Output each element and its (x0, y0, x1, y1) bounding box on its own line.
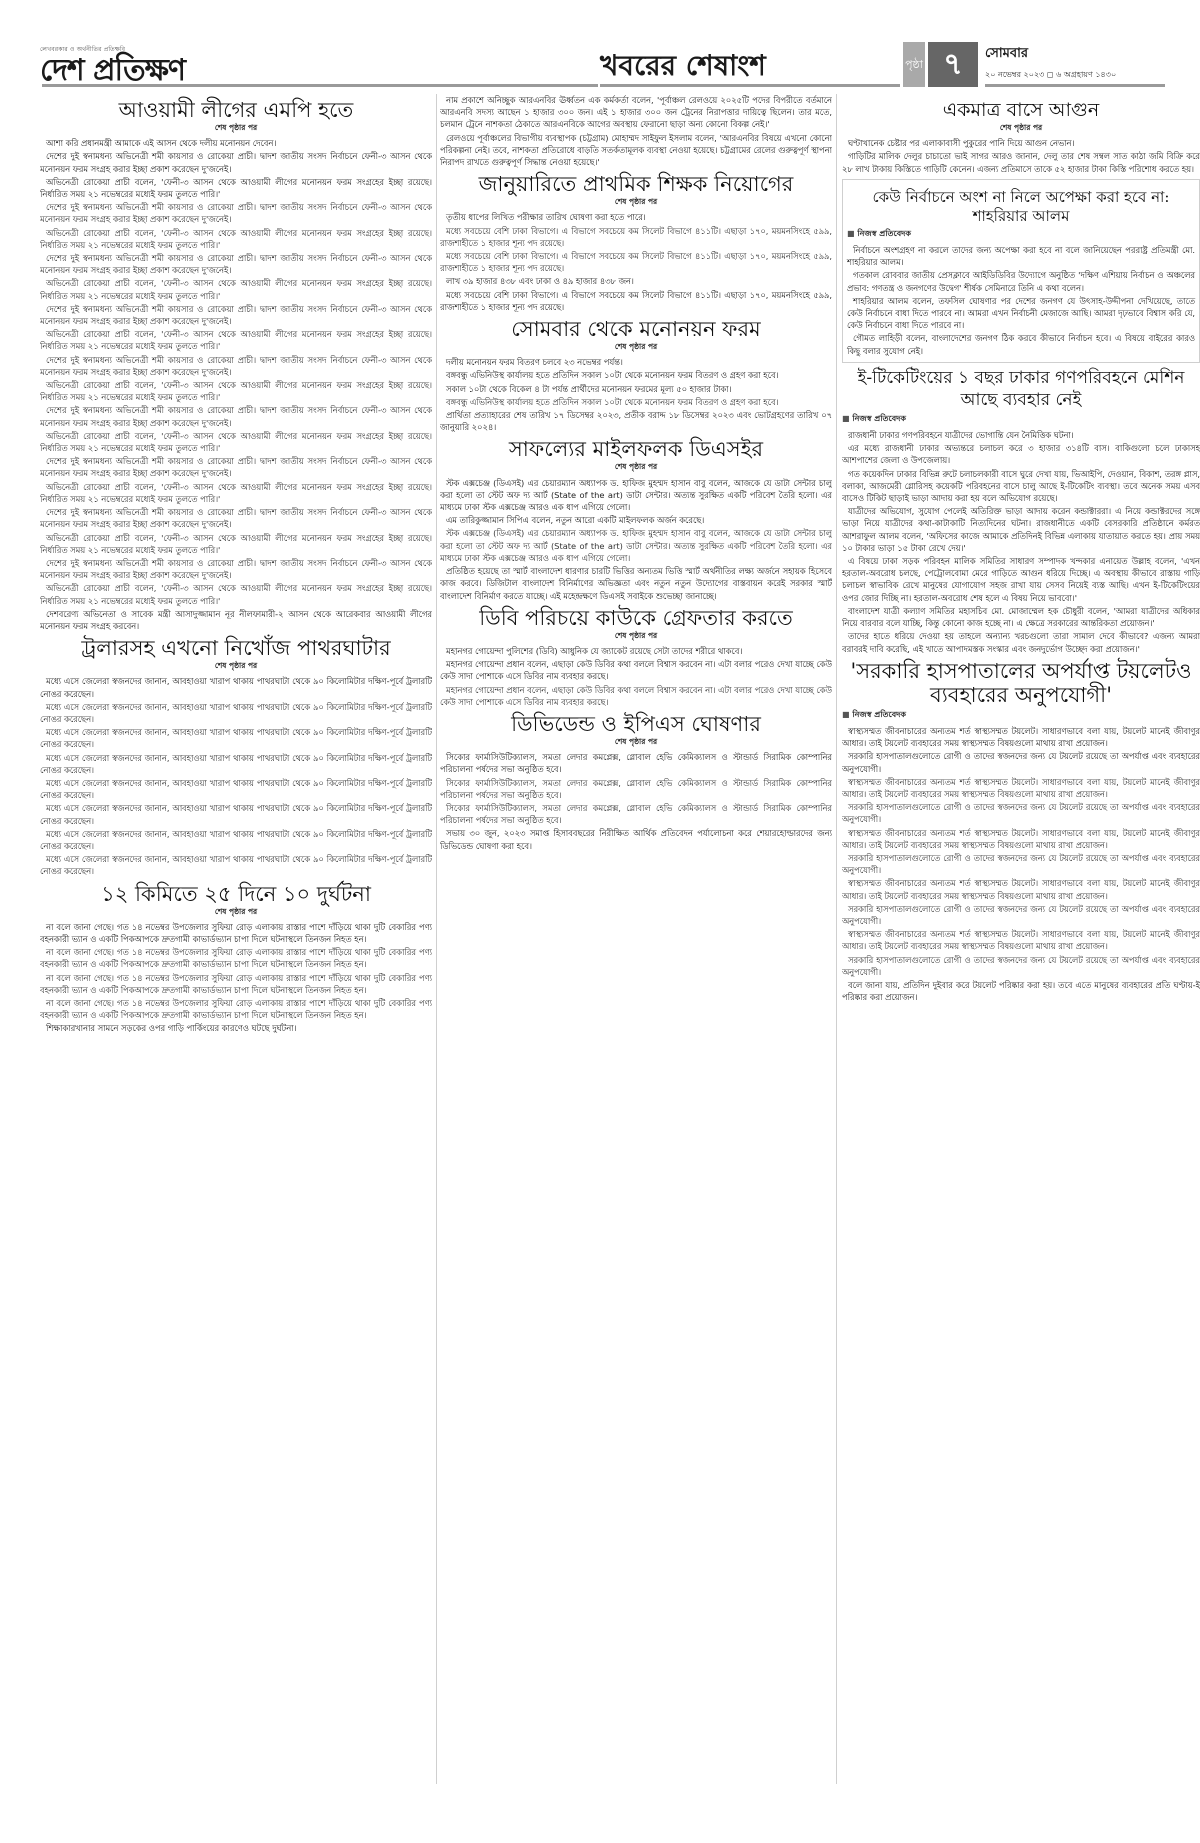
paragraph: অভিনেত্রী রোকেয়া প্রাচী বলেন, 'ফেনী-৩ আ… (40, 277, 432, 301)
headline: ডিবি পরিচয়ে কাউকে গ্রেফতার করতে (440, 606, 832, 630)
paragraph: মহানগর গোয়েন্দা পুলিশের (ডিবি) আধুনিক য… (440, 645, 832, 657)
paragraph: স্বাস্থ্যসম্মত জীবনাচারের অন্যতম শর্ত স্… (842, 928, 1200, 952)
paragraph: সরকারি হাসপাতালগুলোতে রোগী ও তাদের স্বজন… (842, 750, 1200, 774)
article-dividend: ডিভিডেন্ড ও ইপিএস ঘোষণার শেষ পৃষ্ঠার পর … (440, 712, 832, 852)
headline: সাফল্যের মাইলফলক ডিএসইর (440, 437, 832, 461)
headline: কেউ নির্বাচনে অংশ না নিলে অপেক্ষা করা হব… (847, 188, 1195, 226)
paragraph: সিকোর ফার্মাসিউটিক্যালস, সমতা লেদার কমপ্… (440, 751, 832, 775)
headline: ই-টিকেটিংয়ের ১ বছর ঢাকার গণপরিবহনে মেশি… (842, 367, 1200, 411)
paragraph: দেশের দুই স্বনামধন্য অভিনেত্রী শমী কায়স… (40, 150, 432, 174)
paragraph: স্টক এক্সচেঞ্জ (ডিএসই) এর চেয়ারম্যান অধ… (440, 527, 832, 564)
paragraph: রাজধানী ঢাকার গণপরিবহনে যাত্রীদের ভোগান্… (842, 429, 1200, 441)
paragraph: দেশের দুই স্বনামধন্য অভিনেত্রী শমী কায়স… (40, 201, 432, 225)
paragraph: মধ্যে এসে জেলেরা স্বজনদের জানান, আবহাওয়… (40, 777, 432, 801)
article-shahriar: কেউ নির্বাচনে অংশ না নিলে অপেক্ষা করা হব… (842, 179, 1200, 363)
paragraph: শিক্ষাকারখানার সামনে সড়কের ওপর গাড়ি পা… (40, 1022, 432, 1034)
left-column: আওয়ামী লীগের এমপি হতে শেষ পৃষ্ঠার পর আশ… (40, 94, 432, 1784)
paragraph: দেশের দুই স্বনামধন্য অভিনেত্রী শমী কায়স… (40, 557, 432, 581)
paragraph: অভিনেত্রী রোকেয়া প্রাচী বলেন, 'ফেনী-৩ আ… (40, 430, 432, 454)
continued-label: শেষ পৃষ্ঠার পর (40, 122, 432, 134)
article-bus-fire: একমাত্র বাসে আগুন শেষ পৃষ্ঠার পর ঘণ্টাখা… (842, 98, 1200, 175)
headline: ১২ কিমিতে ২৫ দিনে ১০ দুর্ঘটনা (40, 882, 432, 906)
article-trawler: ট্রলারসহ এখনো নিখোঁজ পাথরঘাটার শেষ পৃষ্ঠ… (40, 636, 432, 877)
paragraph: সভায় ৩০ জুন, ২০২৩ সমাপ্ত হিসাববছরের নির… (440, 827, 832, 851)
paragraph: মধ্যে এসে জেলেরা স্বজনদের জানান, আবহাওয়… (40, 701, 432, 725)
paragraph: নাম প্রকাশে অনিচ্ছুক আরএনবির ঊর্ধ্বতন এক… (440, 94, 832, 131)
paragraph: বলে জানা যায়, প্রতিদিন দুইবার করে টয়লে… (842, 979, 1200, 1003)
paragraph: স্বাস্থ্যসম্মত জীবনাচারের অন্যতম শর্ত স্… (842, 776, 1200, 800)
article-eticket: ই-টিকেটিংয়ের ১ বছর ঢাকার গণপরিবহনে মেশি… (842, 367, 1200, 655)
headline: সোমবার থেকে মনোনয়ন ফরম (440, 317, 832, 341)
paragraph: স্বাস্থ্যসম্মত জীবনাচারের অন্যতম শর্ত স্… (842, 725, 1200, 749)
paragraph: মহানগর গোয়েন্দা প্রধান বলেন, এছাড়া কেউ… (440, 684, 832, 708)
paragraph: মধ্যে সবচেয়ে বেশি ঢাকা বিভাগে। এ বিভাগে… (440, 289, 832, 313)
paragraph: না বলে জানা গেছে। গত ১৪ নভেম্বর উপজেলার … (40, 972, 432, 996)
article-nomination: সোমবার থেকে মনোনয়ন ফরম শেষ পৃষ্ঠার পর দ… (440, 317, 832, 433)
headline: একমাত্র বাসে আগুন (842, 98, 1200, 122)
paragraph: গত কয়েকদিন ঢাকার বিভিন্ন রুটে চলাচলকারী… (842, 468, 1200, 505)
paragraph: দেশের দুই স্বনামধন্য অভিনেত্রী শমী কায়স… (40, 404, 432, 428)
paragraph: সিকোর ফার্মাসিউটিক্যালস, সমতা লেদার কমপ্… (440, 777, 832, 801)
paragraph: দেশের দুই স্বনামধন্য অভিনেত্রী শমী কায়স… (40, 303, 432, 327)
paragraph: মধ্যে সবচেয়ে বেশি ঢাকা বিভাগে। এ বিভাগে… (440, 225, 832, 249)
paragraph: শাহরিয়ার আলম বলেন, তফসিল ঘোষণার পর দেশে… (847, 295, 1195, 332)
paragraph: তাদের হাতে ধরিয়ে দেওয়া হয় তাহলে অন্যা… (842, 630, 1200, 654)
paragraph: অভিনেত্রী রোকেয়া প্রাচী বলেন, 'ফেনী-৩ আ… (40, 532, 432, 556)
paragraph: মধ্যে এসে জেলেরা স্বজনদের জানান, আবহাওয়… (40, 726, 432, 750)
paragraph: অভিনেত্রী রোকেয়া প্রাচী বলেন, 'ফেনী-৩ আ… (40, 227, 432, 251)
article-dse: সাফল্যের মাইলফলক ডিএসইর শেষ পৃষ্ঠার পর স… (440, 437, 832, 601)
paragraph: দলীয় মনোনয়ন ফরম বিতরণ চলবে ২৩ নভেম্বর … (440, 356, 832, 368)
paragraph: না বলে জানা গেছে। গত ১৪ নভেম্বর উপজেলার … (40, 997, 432, 1021)
headline: ডিভিডেন্ড ও ইপিএস ঘোষণার (440, 712, 832, 736)
continued-label: শেষ পৃষ্ঠার পর (842, 122, 1200, 134)
paragraph: মধ্যে এসে জেলেরা স্বজনদের জানান, আবহাওয়… (40, 853, 432, 877)
section-rule (600, 84, 900, 87)
paragraph: ঘণ্টাখানেক চেষ্টার পর এলাকাবাসী পুকুরের … (842, 137, 1200, 149)
headline: ট্রলারসহ এখনো নিখোঁজ পাথরঘাটার (40, 636, 432, 660)
newspaper-logo: দেশ প্রতিক্ষণ (40, 55, 185, 87)
paragraph: স্বাস্থ্যসম্মত জীবনাচারের অন্যতম শর্ত স্… (842, 877, 1200, 901)
masthead: লেখবরকার ও অর্থনীতির প্রতিক্ষবি দেশ প্রত… (40, 44, 185, 87)
paragraph: সরকারি হাসপাতালগুলোতে রোগী ও তাদের স্বজন… (842, 903, 1200, 927)
paragraph: অভিনেত্রী রোকেয়া প্রাচী বলেন, 'ফেনী-৩ আ… (40, 176, 432, 200)
paragraph: যাত্রীদের অভিযোগ, সুযোগ পেলেই অতিরিক্ত ভ… (842, 505, 1200, 554)
paragraph: বঙ্গবন্ধু এভিনিউস্থ কার্যালয় হতে প্রতিদ… (440, 396, 832, 408)
article-awami-mp: আওয়ামী লীগের এমপি হতে শেষ পৃষ্ঠার পর আশ… (40, 98, 432, 632)
paragraph: এর মধ্যে রাজধানী ঢাকার অভ্যন্তরে চলাচল ক… (842, 442, 1200, 466)
paragraph: না বলে জানা গেছে। গত ১৪ নভেম্বর উপজেলার … (40, 921, 432, 945)
paragraph: রেলওয়ে পূর্বাঞ্চলের বিভাগীয় ব্যবস্থাপক… (440, 132, 832, 169)
continued-label: শেষ পৃষ্ঠার পর (440, 736, 832, 748)
paragraph: দেশবরেণ্য অভিনেতা ও সাবেক মন্ত্রী আসাদুজ… (40, 608, 432, 632)
date-block: সোমবার ২০ নভেম্বর ২০২৩ ◻ ৬ অগ্রহায়ণ ১৪৩… (985, 44, 1116, 82)
paragraph: মধ্যে এসে জেলেরা স্বজনদের জানান, আবহাওয়… (40, 802, 432, 826)
paragraph: বাংলাদেশ যাত্রী কল্যাণ সমিতির মহাসচিব মো… (842, 605, 1200, 629)
paragraph: সরকারি হাসপাতালগুলোতে রোগী ও তাদের স্বজন… (842, 852, 1200, 876)
paragraph: এম তারিকুজ্জামান সিপিএ বলেন, নতুন আরো এক… (440, 514, 832, 526)
column-divider (436, 94, 437, 1784)
paragraph: অভিনেত্রী রোকেয়া প্রাচী বলেন, 'ফেনী-৩ আ… (40, 582, 432, 606)
paragraph: গাড়িটির মালিক দেলুর চাচাতো ভাই সাগর আরও… (842, 150, 1200, 174)
paragraph: মধ্যে এসে জেলেরা স্বজনদের জানান, আবহাওয়… (40, 828, 432, 852)
paragraph: সরকারি হাসপাতালগুলোতে রোগী ও তাদের স্বজন… (842, 954, 1200, 978)
article-toilet: 'সরকারি হাসপাতালের অপর্যাপ্ত টয়লেটও ব্য… (842, 659, 1200, 1004)
paragraph: প্রার্থিতা প্রত্যাহারের শেষ তারিখ ১৭ ডিস… (440, 409, 832, 433)
right-column: একমাত্র বাসে আগুন শেষ পৃষ্ঠার পর ঘণ্টাখা… (842, 94, 1200, 1784)
paragraph: অভিনেত্রী রোকেয়া প্রাচী বলেন, 'ফেনী-৩ আ… (40, 481, 432, 505)
headline: জানুয়ারিতে প্রাথমিক শিক্ষক নিয়োগের (440, 172, 832, 196)
article-rnb: নাম প্রকাশে অনিচ্ছুক আরএনবির ঊর্ধ্বতন এক… (440, 94, 832, 168)
byline: নিজস্ব প্রতিবেদক (842, 709, 1200, 721)
paragraph: লাখ ৩৯ হাজার ৪৩৮ এবং ঢাকা ও ৪৯ হাজার ৪৩৮… (440, 275, 832, 287)
headline: আওয়ামী লীগের এমপি হতে (40, 98, 432, 122)
continued-label: শেষ পৃষ্ঠার পর (440, 630, 832, 642)
paragraph: আশা করি প্রধানমন্ত্রী আমাকে এই আসন থেকে … (40, 137, 432, 149)
paragraph: এ বিষয়ে ঢাকা সড়ক পরিবহন মালিক সমিতির স… (842, 555, 1200, 604)
masthead-rule (42, 84, 598, 87)
paragraph: মহানগর গোয়েন্দা প্রধান বলেন, এছাড়া কেউ… (440, 658, 832, 682)
paragraph: গতকাল রোববার জাতীয় প্রেসক্লাবে আইডিডিবি… (847, 269, 1195, 293)
publication-date: ২০ নভেম্বর ২০২৩ ◻ ৬ অগ্রহায়ণ ১৪৩০ (985, 69, 1116, 82)
byline: নিজস্ব প্রতিবেদক (847, 228, 1195, 240)
paragraph: দেশের দুই স্বনামধন্য অভিনেত্রী শমী কায়স… (40, 455, 432, 479)
paragraph: প্রতিষ্ঠিত হয়েছে তা স্মার্ট বাংলাদেশ ধা… (440, 565, 832, 602)
paragraph: মধ্যে সবচেয়ে বেশি ঢাকা বিভাগে। এ বিভাগে… (440, 250, 832, 274)
paragraph: অভিনেত্রী রোকেয়া প্রাচী বলেন, 'ফেনী-৩ আ… (40, 379, 432, 403)
paragraph: অভিনেত্রী রোকেয়া প্রাচী বলেন, 'ফেনী-৩ আ… (40, 328, 432, 352)
paragraph: মধ্যে এসে জেলেরা স্বজনদের জানান, আবহাওয়… (40, 675, 432, 699)
article-accidents: ১২ কিমিতে ২৫ দিনে ১০ দুর্ঘটনা শেষ পৃষ্ঠা… (40, 882, 432, 1035)
continued-label: শেষ পৃষ্ঠার পর (40, 906, 432, 918)
paragraph: স্টক এক্সচেঞ্জ (ডিএসই) এর চেয়ারম্যান অধ… (440, 477, 832, 514)
date-rule (985, 84, 1165, 87)
paragraph: দেশের দুই স্বনামধন্য অভিনেত্রী শমী কায়স… (40, 354, 432, 378)
article-teachers: জানুয়ারিতে প্রাথমিক শিক্ষক নিয়োগের শেষ… (440, 172, 832, 313)
column-divider (836, 94, 837, 1784)
paragraph: সরকারি হাসপাতালগুলোতে রোগী ও তাদের স্বজন… (842, 801, 1200, 825)
weekday: সোমবার (985, 44, 1116, 65)
paragraph: গৌমত লাহিড়ী বলেন, বাংলাদেশের জনগণ ঠিক ক… (847, 332, 1195, 356)
paragraph: মধ্যে এসে জেলেরা স্বজনদের জানান, আবহাওয়… (40, 752, 432, 776)
page-label: পৃষ্ঠা (903, 42, 925, 87)
headline: 'সরকারি হাসপাতালের অপর্যাপ্ত টয়লেটও ব্য… (842, 659, 1200, 707)
paragraph: সকাল ১০টা থেকে বিকেল ৪ টা পর্যন্ত প্রার্… (440, 383, 832, 395)
paragraph: তৃতীয় ধাপের লিখিত পরীক্ষার তারিখ ঘোষণা … (440, 211, 832, 223)
paragraph: দেশের দুই স্বনামধন্য অভিনেত্রী শমী কায়স… (40, 252, 432, 276)
article-db: ডিবি পরিচয়ে কাউকে গ্রেফতার করতে শেষ পৃষ… (440, 606, 832, 708)
byline: নিজস্ব প্রতিবেদক (842, 413, 1200, 425)
continued-label: শেষ পৃষ্ঠার পর (440, 341, 832, 353)
paragraph: স্বাস্থ্যসম্মত জীবনাচারের অন্যতম শর্ত স্… (842, 827, 1200, 851)
continued-label: শেষ পৃষ্ঠার পর (40, 660, 432, 672)
paragraph: নির্বাচনে অংশগ্রহণ না করলে তাদের জন্য অপ… (847, 244, 1195, 268)
continued-label: শেষ পৃষ্ঠার পর (440, 461, 832, 473)
paragraph: সিকোর ফার্মাসিউটিক্যালস, সমতা লেদার কমপ্… (440, 802, 832, 826)
paragraph: না বলে জানা গেছে। গত ১৪ নভেম্বর উপজেলার … (40, 946, 432, 970)
middle-column: নাম প্রকাশে অনিচ্ছুক আরএনবির ঊর্ধ্বতন এক… (440, 94, 832, 1784)
paragraph: দেশের দুই স্বনামধন্য অভিনেত্রী শমী কায়স… (40, 506, 432, 530)
continued-label: শেষ পৃষ্ঠার পর (440, 196, 832, 208)
paragraph: বঙ্গবন্ধু এভিনিউস্থ কার্যালয় হতে প্রতিদ… (440, 369, 832, 381)
page-number: ৭ (928, 42, 978, 87)
